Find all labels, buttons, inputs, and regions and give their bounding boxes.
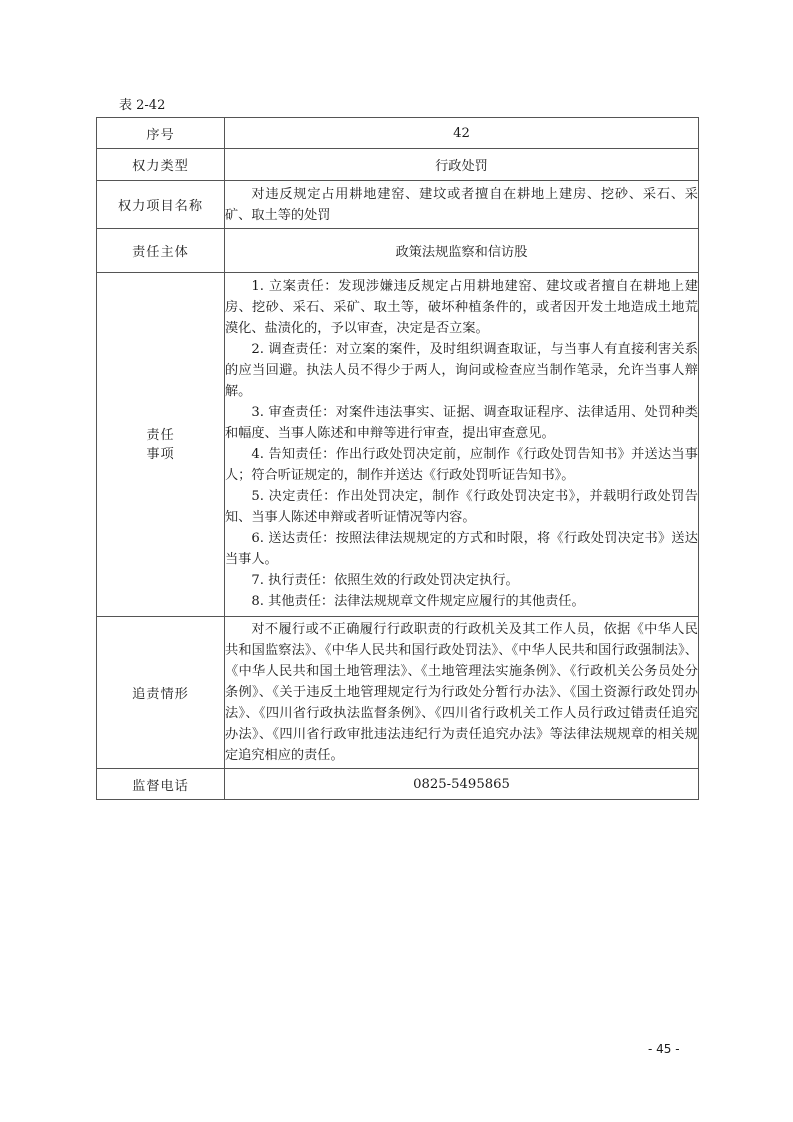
table-row-accountability: 追责情形 对不履行或不正确履行行政职责的行政机关及其工作人员，依据《中华人民共和…	[97, 617, 699, 769]
power-responsibility-table: 序号 42 权力类型 行政处罚 权力项目名称 对违反规定占用耕地建窑、建坟或者擅…	[96, 117, 699, 800]
duties-label: 责任 事项	[97, 273, 225, 617]
duty-item-7: 7. 执行责任：依照生效的行政处罚决定执行。	[225, 570, 698, 591]
duty-item-4: 4. 告知责任：作出行政处罚决定前，应制作《行政处罚告知书》并送达当事人；符合听…	[225, 444, 698, 486]
power-type-label: 权力类型	[97, 149, 225, 181]
subject-label: 责任主体	[97, 229, 225, 273]
table-row-item-name: 权力项目名称 对违反规定占用耕地建窑、建坟或者擅自在耕地上建房、挖砂、采石、采矿…	[97, 181, 699, 229]
subject-value: 政策法规监察和信访股	[225, 229, 699, 273]
duty-item-1: 1. 立案责任：发现涉嫌违反规定占用耕地建窑、建坟或者擅自在耕地上建房、挖砂、采…	[225, 276, 698, 339]
table-row-seq: 序号 42	[97, 118, 699, 149]
duties-label-line2: 事项	[97, 445, 224, 464]
seq-value: 42	[225, 118, 699, 149]
table-row-phone: 监督电话 0825-5495865	[97, 769, 699, 800]
phone-value: 0825-5495865	[225, 769, 699, 800]
item-name-label: 权力项目名称	[97, 181, 225, 229]
power-type-value: 行政处罚	[225, 149, 699, 181]
duties-cell: 1. 立案责任：发现涉嫌违反规定占用耕地建窑、建坟或者擅自在耕地上建房、挖砂、采…	[225, 273, 699, 617]
duty-item-5: 5. 决定责任：作出处罚决定，制作《行政处罚决定书》，并载明行政处罚告知、当事人…	[225, 486, 698, 528]
accountability-label: 追责情形	[97, 617, 225, 769]
item-name-cell: 对违反规定占用耕地建窑、建坟或者擅自在耕地上建房、挖砂、采石、采矿、取土等的处罚	[225, 181, 699, 229]
table-row-power-type: 权力类型 行政处罚	[97, 149, 699, 181]
duty-item-2: 2. 调查责任：对立案的案件，及时组织调查取证，与当事人有直接利害关系的应当回避…	[225, 339, 698, 402]
table-row-subject: 责任主体 政策法规监察和信访股	[97, 229, 699, 273]
table-caption: 表 2-42	[119, 98, 165, 114]
seq-label: 序号	[97, 118, 225, 149]
accountability-value: 对不履行或不正确履行行政职责的行政机关及其工作人员，依据《中华人民共和国监察法》…	[225, 619, 698, 766]
accountability-cell: 对不履行或不正确履行行政职责的行政机关及其工作人员，依据《中华人民共和国监察法》…	[225, 617, 699, 769]
duties-label-line1: 责任	[97, 426, 224, 445]
table-row-duties: 责任 事项 1. 立案责任：发现涉嫌违反规定占用耕地建窑、建坟或者擅自在耕地上建…	[97, 273, 699, 617]
duty-item-6: 6. 送达责任：按照法律法规规定的方式和时限，将《行政处罚决定书》送达当事人。	[225, 528, 698, 570]
phone-label: 监督电话	[97, 769, 225, 800]
duty-item-3: 3. 审查责任：对案件违法事实、证据、调查取证程序、法律适用、处罚种类和幅度、当…	[225, 402, 698, 444]
page-number: - 45 -	[648, 1042, 680, 1056]
duty-item-8: 8. 其他责任：法律法规规章文件规定应履行的其他责任。	[225, 591, 698, 612]
item-name-value: 对违反规定占用耕地建窑、建坟或者擅自在耕地上建房、挖砂、采石、采矿、取土等的处罚	[225, 184, 698, 226]
